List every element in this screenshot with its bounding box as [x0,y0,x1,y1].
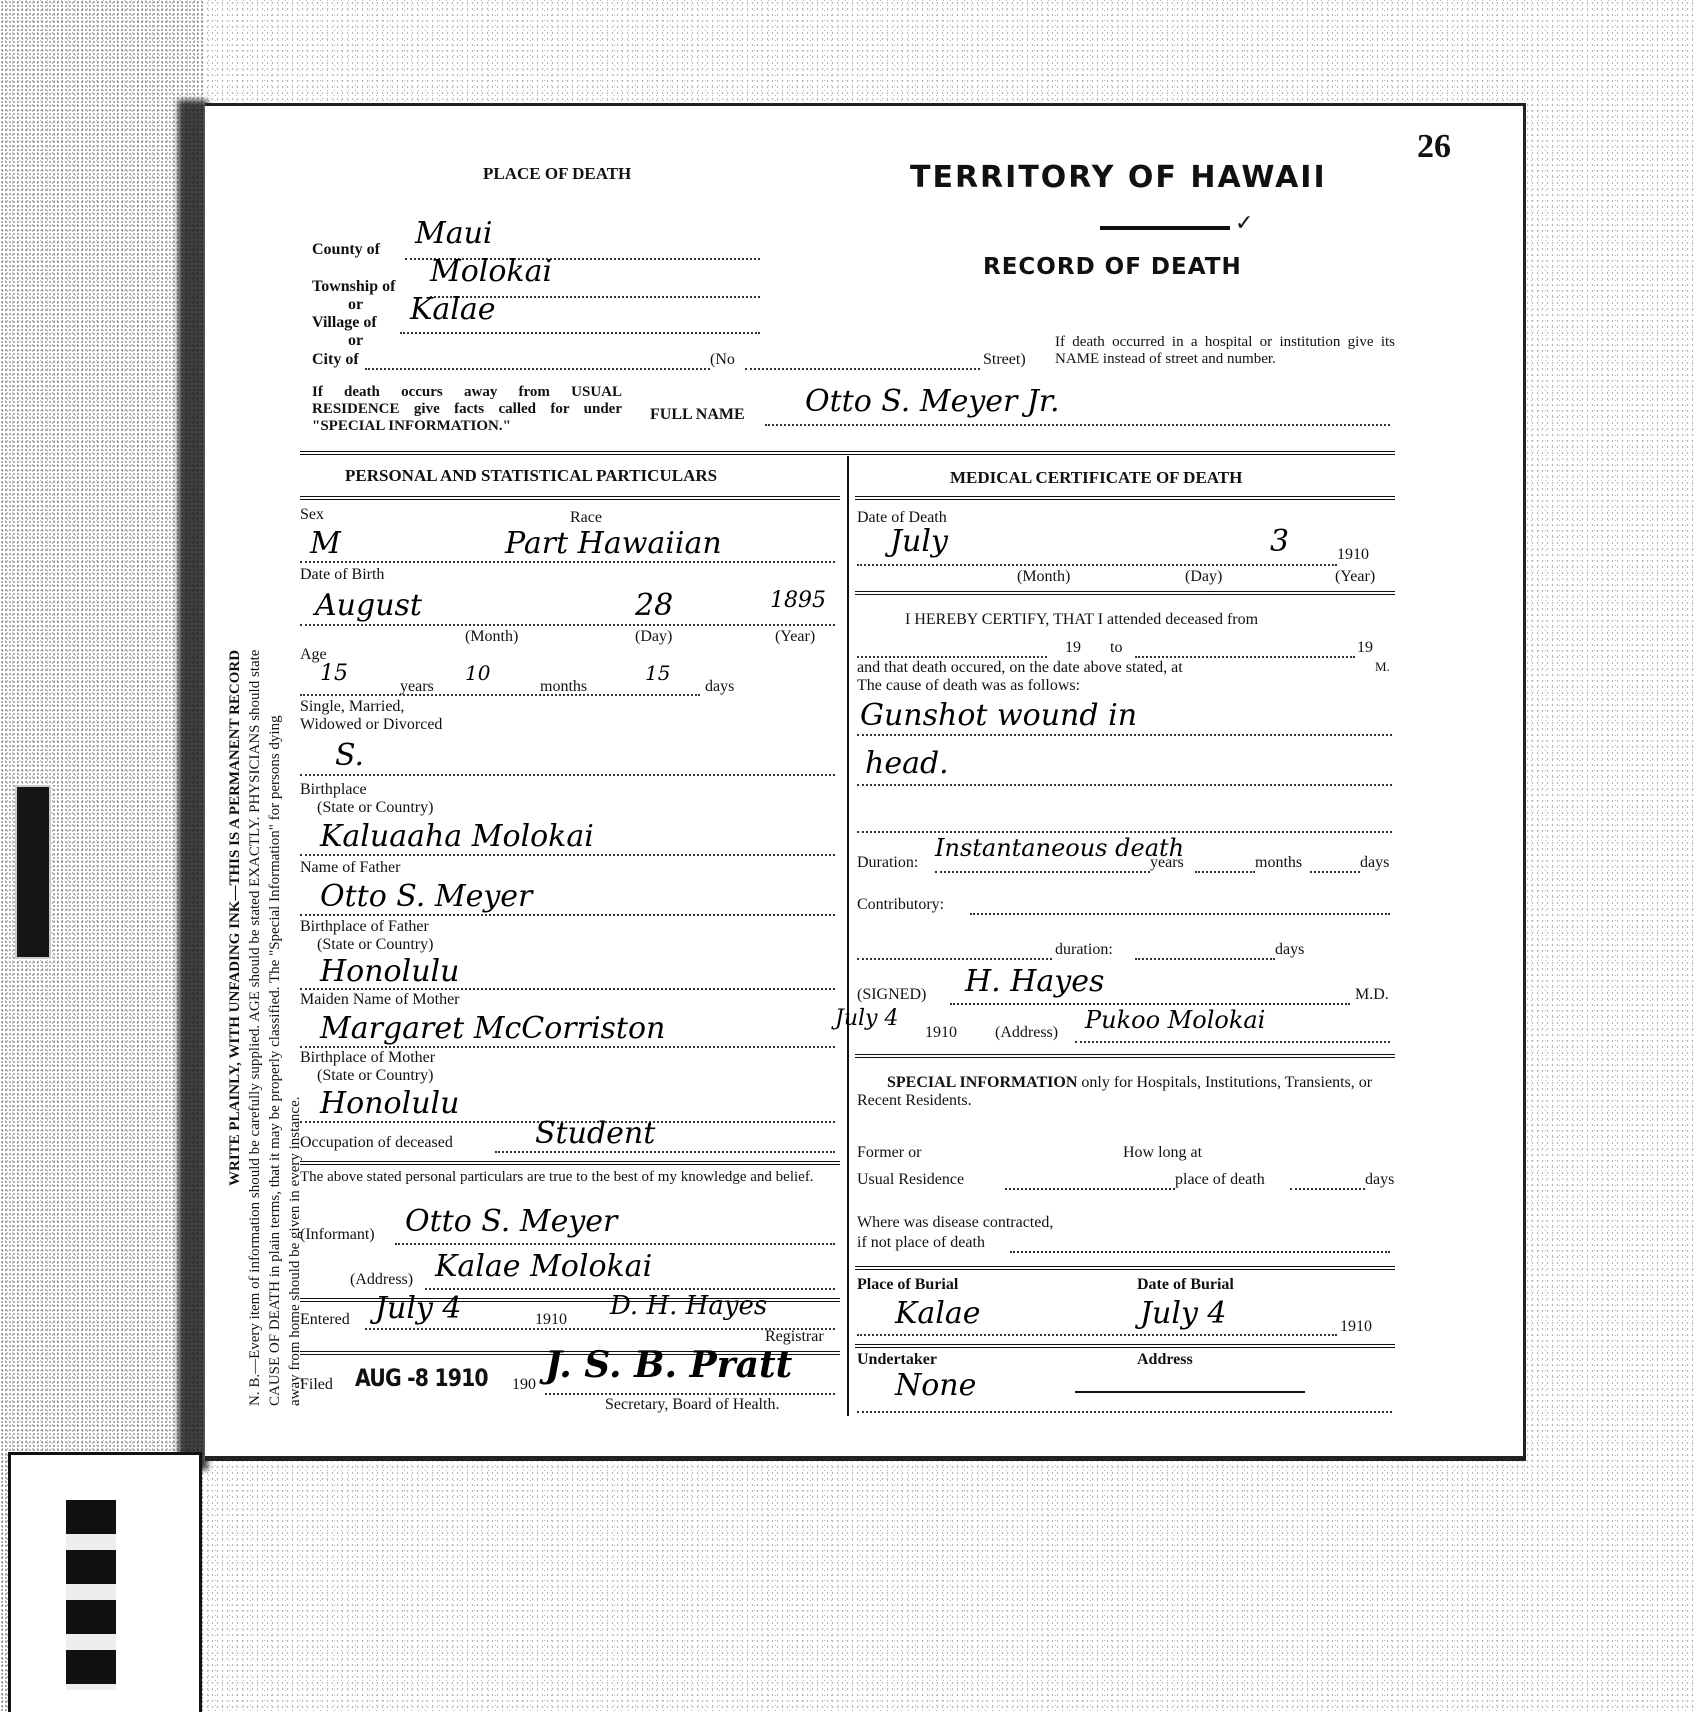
hospital-note: If death occurred in a hospital or insti… [1055,334,1395,368]
archive-label-card [8,1452,202,1712]
secretary-label: Secretary, Board of Health. [605,1396,779,1414]
birthplace-value[interactable]: Kaluaaha Molokai [320,819,594,854]
contributory-label: Contributory: [857,896,944,914]
column-divider [847,456,849,1416]
father-value[interactable]: Otto S. Meyer [320,879,532,914]
birthplace-label: Birthplace [300,781,367,799]
dob-day[interactable]: 28 [635,588,673,623]
age-years[interactable]: 15 [320,661,348,686]
father-label: Name of Father [300,859,400,877]
or-label-1: or [348,296,363,314]
dob-year[interactable]: 1895 [770,588,826,613]
marital-label-1: Single, Married, [300,698,404,716]
village-value[interactable]: Kalae [410,292,496,327]
entered-year: 1910 [535,1311,567,1329]
label-bars [66,1500,116,1690]
city-label: City of [312,351,359,369]
race-value[interactable]: Part Hawaiian [505,526,722,561]
sign-year: 1910 [925,1024,957,1042]
cause-intro: The cause of death was as follows: [857,677,1080,695]
contributory-days-caption: days [1275,941,1304,959]
cause-line-1[interactable]: Gunshot wound in [860,698,1137,733]
place-of-death-heading: PLACE OF DEATH [483,164,631,184]
dob-label: Date of Birth [300,566,384,584]
burial-date-value[interactable]: July 4 [1140,1296,1227,1331]
physician-signature[interactable]: H. Hayes [965,964,1104,999]
street-label: Street) [983,351,1026,369]
informant-value[interactable]: Otto S. Meyer [405,1204,617,1239]
margin-line-3: CAUSE OF DEATH in plain terms, that it m… [267,715,284,1406]
mother-label: Maiden Name of Mother [300,991,460,1009]
undertaker-address-dash [1075,1391,1305,1393]
from-19: 19 [1065,639,1081,657]
burial-place-value[interactable]: Kalae [895,1296,981,1331]
undertaker-value[interactable]: None [895,1368,976,1403]
race-label: Race [570,509,602,527]
certify-text: I HEREBY CERTIFY, THAT I attended deceas… [905,611,1258,629]
mother-birthplace-caption: (State or Country) [317,1067,433,1085]
father-birthplace-value[interactable]: Honolulu [320,954,459,989]
county-label: County of [312,241,380,259]
dob-day-caption: (Day) [635,628,672,646]
dod-day-caption: (Day) [1185,568,1222,586]
section-divider [300,451,1395,455]
physician-address-label: (Address) [995,1024,1058,1042]
filed-label: Filed [300,1376,333,1394]
dod-year-caption: (Year) [1335,568,1375,586]
margin-line-1: WRITE PLAINLY, WITH UNFADING INK—THIS IS… [227,650,244,1186]
dod-year[interactable]: 1910 [1337,546,1369,564]
dob-month-caption: (Month) [465,628,518,646]
former-label: Former or [857,1144,921,1162]
contracted-label-1: Where was disease contracted, [857,1214,1053,1232]
signed-label: (SIGNED) [857,986,926,1004]
sign-date[interactable]: July 4 [835,1006,898,1031]
village-label: Village of [312,314,377,332]
duration-label: Duration: [857,854,918,872]
burial-place-label: Place of Burial [857,1276,958,1294]
form-subtitle: RECORD OF DEATH [983,254,1242,280]
mother-birthplace-value[interactable]: Honolulu [320,1086,459,1121]
meridiem-label: M. [1375,659,1390,675]
binder-shadow [178,100,208,1470]
registrar-signature[interactable]: D. H. Hayes [610,1291,767,1321]
township-value[interactable]: Molokai [430,254,552,289]
sex-label: Sex [300,506,324,524]
informant-address-label: (Address) [350,1271,413,1289]
burial-year: 1910 [1340,1318,1372,1336]
entered-label: Entered [300,1311,350,1329]
occupation-value[interactable]: Student [535,1116,655,1151]
to-label: to [1110,639,1122,657]
page-number: 26 [1417,128,1451,166]
margin-line-2: N. B.—Every item of information should b… [247,650,264,1406]
personal-heading: PERSONAL AND STATISTICAL PARTICULARS [345,466,717,486]
marital-value[interactable]: S. [335,738,364,773]
contributory-duration-label: duration: [1055,941,1113,959]
age-months[interactable]: 10 [465,661,490,685]
or-label-2: or [348,332,363,350]
dob-month[interactable]: August [315,588,422,623]
birthplace-caption: (State or Country) [317,799,433,817]
usual-residence-label: Usual Residence [857,1171,964,1189]
howlong-label: How long at [1123,1144,1202,1162]
cause-line-2[interactable]: head. [865,746,949,781]
dod-month-caption: (Month) [1017,568,1070,586]
special-heading-bold: SPECIAL INFORMATION [887,1074,1077,1091]
occurred-text: and that death occured, on the date abov… [857,659,1183,677]
county-value[interactable]: Maui [415,216,493,251]
mother-birthplace-label: Birthplace of Mother [300,1049,435,1067]
to-19: 19 [1357,639,1373,657]
md-label: M.D. [1355,986,1389,1004]
physician-address-value[interactable]: Pukoo Molokai [1085,1006,1265,1034]
form-title: TERRITORY OF HAWAII [910,160,1327,195]
filed-stamp: AUG -8 1910 [355,1364,488,1392]
occupation-label: Occupation of deceased [300,1134,453,1152]
place-of-death-label: place of death [1175,1171,1265,1189]
duration-years-caption: years [1150,854,1184,872]
binder-tab [15,785,51,959]
duration-months-caption: months [1255,854,1302,872]
death-record-form: WRITE PLAINLY, WITH UNFADING INK—THIS IS… [205,103,1526,1461]
marital-label-2: Widowed or Divorced [300,716,442,734]
special-heading: SPECIAL INFORMATION only for Hospitals, … [857,1074,1392,1110]
undertaker-address-label: Address [1137,1351,1193,1369]
title-underline [1100,226,1230,230]
burial-date-label: Date of Burial [1137,1276,1234,1294]
no-label: (No [710,351,735,369]
father-birthplace-label: Birthplace of Father [300,918,429,936]
dob-year-caption: (Year) [775,628,815,646]
township-label: Township of [312,278,395,296]
full-name-value[interactable]: Otto S. Meyer Jr. [805,384,1060,419]
duration-value[interactable]: Instantaneous death [935,834,1184,862]
attestation-text: The above stated personal particulars ar… [300,1168,835,1186]
entered-date[interactable]: July 4 [375,1291,462,1326]
dod-month[interactable]: July [890,524,948,559]
medical-heading: MEDICAL CERTIFICATE OF DEATH [950,468,1242,488]
contracted-label-2: if not place of death [857,1234,985,1252]
duration-days-caption: days [1360,854,1389,872]
check-mark: ✓ [1235,210,1253,236]
undertaker-label: Undertaker [857,1351,937,1369]
full-name-label: FULL NAME [650,406,745,424]
filed-year-suffix: 190 [512,1376,536,1394]
age-days[interactable]: 15 [645,661,670,685]
mother-value[interactable]: Margaret McCorriston [320,1011,665,1046]
away-note: If death occurs away from USUAL RESIDENC… [312,384,622,435]
informant-address-value[interactable]: Kalae Molokai [435,1249,652,1284]
secretary-signature[interactable]: J. S. B. Pratt [545,1344,792,1386]
days-caption: days [705,678,734,696]
dod-day[interactable]: 3 [1270,524,1289,559]
sex-value[interactable]: M [310,526,341,561]
informant-label: (Informant) [300,1226,375,1244]
father-birthplace-caption: (State or Country) [317,936,433,954]
howlong-days-caption: days [1365,1171,1394,1189]
